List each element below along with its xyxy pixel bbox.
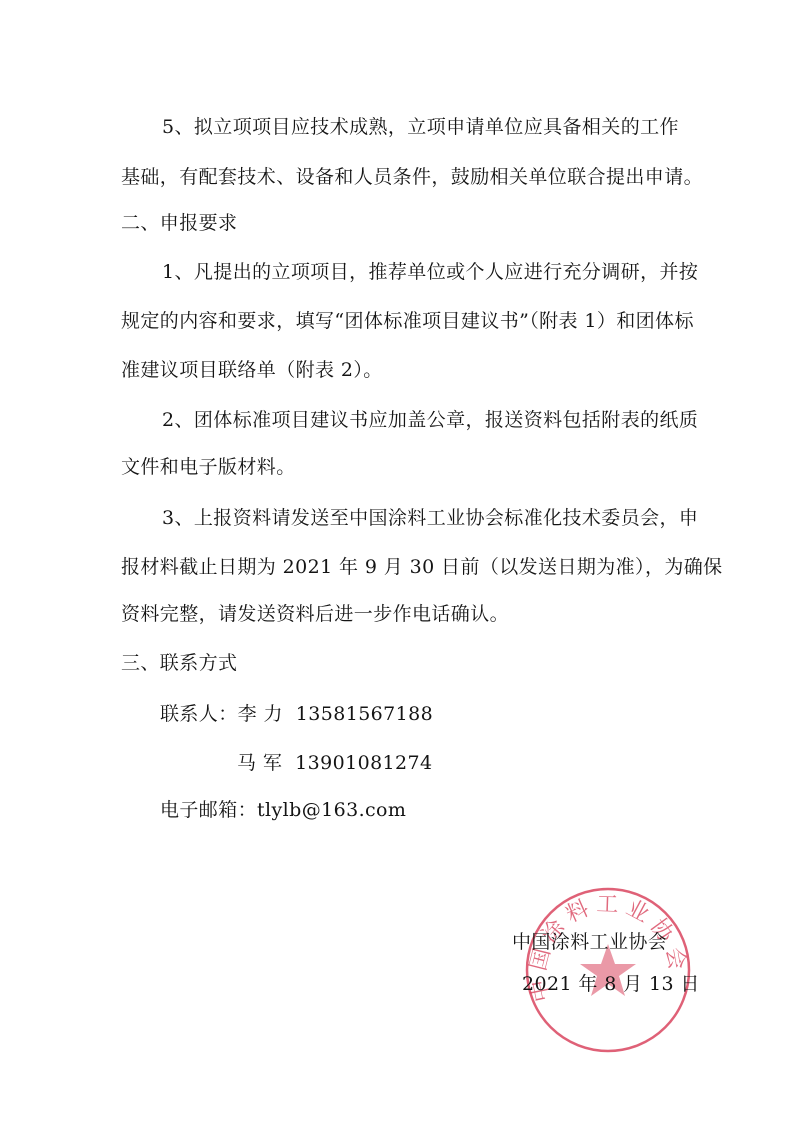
section2-item1-line3: 准建议项目联络单（附表 2）。: [121, 357, 383, 383]
section2-item1-line2: 规定的内容和要求，填写“团体标准项目建议书”（附表 1）和团体标: [121, 308, 694, 334]
section2-item3-line1: 3、上报资料请发送至中国涂料工业协会标准化技术委员会，申: [162, 505, 698, 531]
email-row: 电子邮箱：tlylb@163.com: [160, 797, 406, 823]
section3-heading: 三、联系方式: [121, 650, 237, 676]
official-seal-icon: 中国涂料工业协会: [524, 886, 692, 1054]
section2-heading: 二、申报要求: [121, 210, 237, 236]
email-address: tlylb@163.com: [257, 799, 406, 821]
section2-item3-line3: 资料完整，请发送资料后进一步作电话确认。: [121, 601, 509, 627]
contact-label: 联系人：: [160, 703, 238, 725]
section2-item3-line2: 报材料截止日期为 2021 年 9 月 30 日前（以发送日期为准），为确保: [121, 554, 723, 580]
signature-date: 2021 年 8 月 13 日: [522, 971, 700, 997]
contact-row-1: 联系人：李 力 13581567188: [160, 701, 433, 727]
contact-row-2: 马 军 13901081274: [237, 750, 433, 776]
item5-line2: 基础，有配套技术、设备和人员条件，鼓励相关单位联合提出申请。: [121, 164, 703, 190]
section2-item2-line2: 文件和电子版材料。: [121, 454, 296, 480]
item5-line1: 5、拟立项项目应技术成熟，立项申请单位应具备相关的工作: [162, 114, 679, 140]
signature-organization: 中国涂料工业协会: [512, 929, 667, 955]
email-label: 电子邮箱：: [160, 799, 257, 821]
contact-name: 马 军: [237, 752, 282, 774]
contact-name: 李 力: [238, 703, 283, 725]
section2-item1-line1: 1、凡提出的立项项目，推荐单位或个人应进行充分调研，并按: [162, 259, 698, 285]
contact-phone: 13901081274: [295, 752, 432, 774]
section2-item2-line1: 2、团体标准项目建议书应加盖公章，报送资料包括附表的纸质: [162, 407, 698, 433]
contact-phone: 13581567188: [296, 703, 433, 725]
